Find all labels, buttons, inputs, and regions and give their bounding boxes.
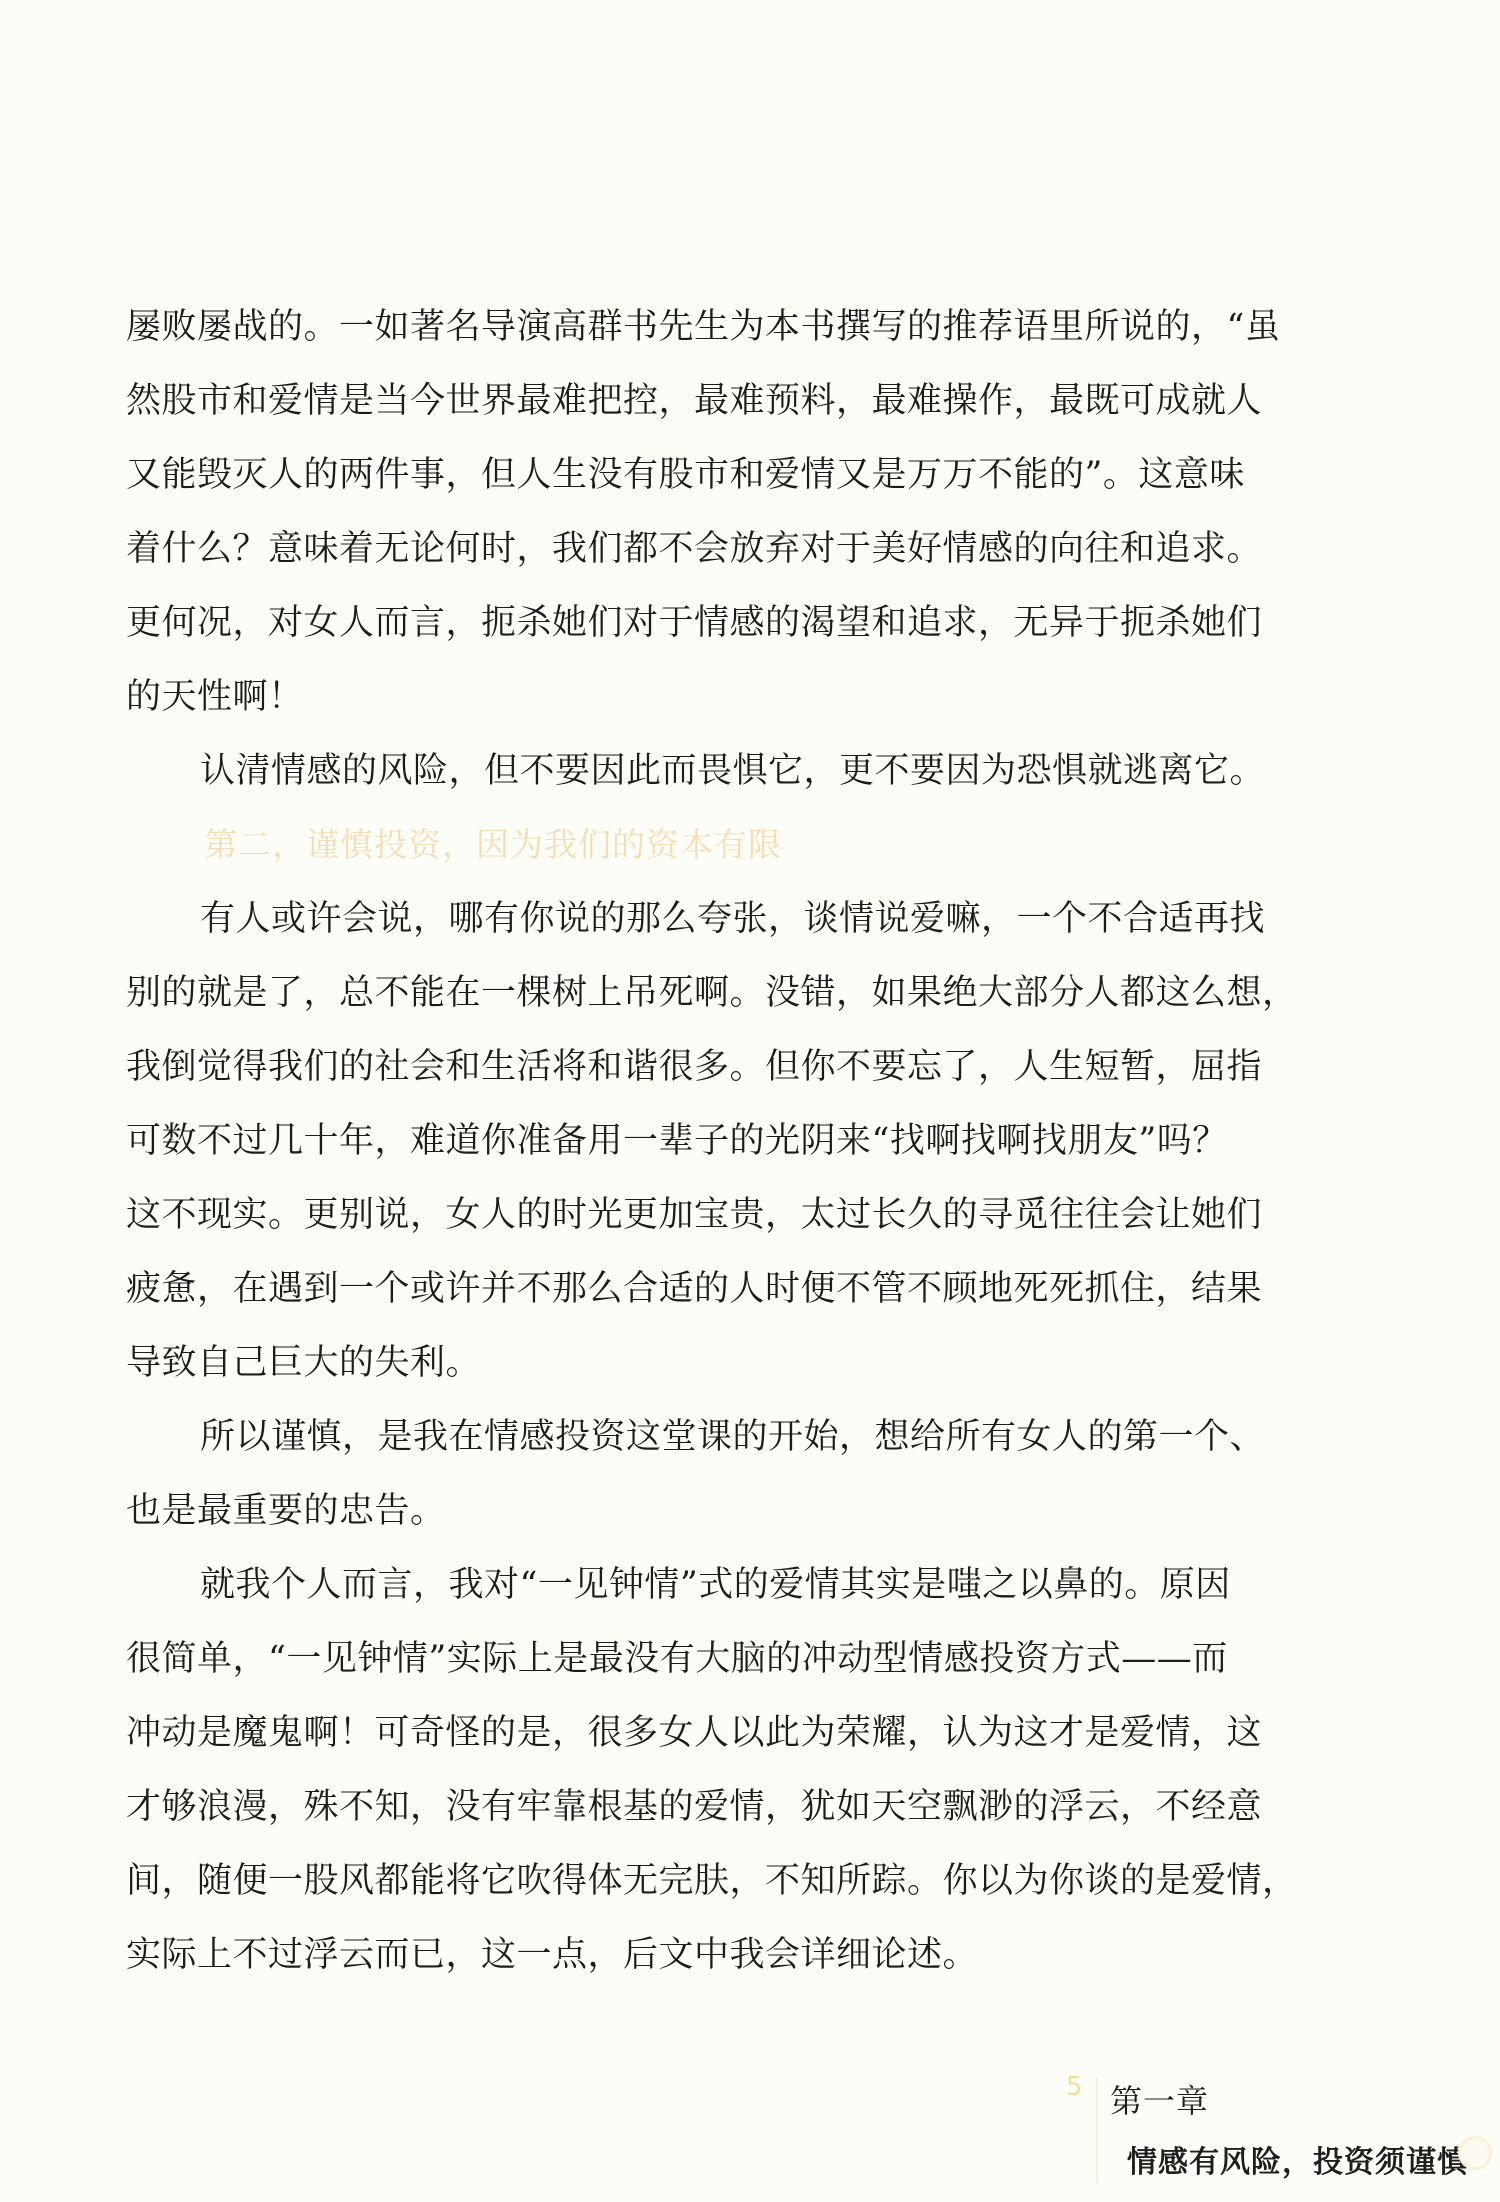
text-line: 可数不过几十年，难道你准备用一辈子的光阴来“找啊找啊找朋友”吗？: [126, 1104, 1236, 1178]
text-line: 冲动是魔鬼啊！可奇怪的是，很多女人以此为荣耀，认为这才是爱情，这: [126, 1696, 1236, 1770]
chapter-label: 第一章: [1110, 2076, 1209, 2122]
page-number: 5: [1066, 2072, 1083, 2102]
text-line: 着什么？意味着无论何时，我们都不会放弃对于美好情感的向往和追求。: [126, 512, 1236, 586]
footer-divider: [1096, 2078, 1098, 2183]
text-line: 所以谨慎，是我在情感投资这堂课的开始，想给所有女人的第一个、: [126, 1400, 1236, 1474]
circle-ornament-icon: [1458, 2136, 1492, 2170]
text-line: 然股市和爱情是当今世界最难把控，最难预料，最难操作，最既可成就人: [126, 364, 1236, 438]
text-line: 疲惫，在遇到一个或许并不那么合适的人时便不管不顾地死死抓住，结果: [126, 1252, 1236, 1326]
text-line: 更何况，对女人而言，扼杀她们对于情感的渴望和追求，无异于扼杀她们: [126, 586, 1236, 660]
text-line: 才够浪漫，殊不知，没有牢靠根基的爱情，犹如天空飘渺的浮云，不经意: [126, 1770, 1236, 1844]
text-line: 实际上不过浮云而已，这一点，后文中我会详细论述。: [126, 1918, 1236, 1992]
text-line: 就我个人而言，我对“一见钟情”式的爱情其实是嗤之以鼻的。原因: [126, 1548, 1236, 1622]
body-text: 屡败屡战的。一如著名导演高群书先生为本书撰写的推荐语里所说的，“虽 然股市和爱情…: [126, 290, 1236, 1992]
text-line: 这不现实。更别说，女人的时光更加宝贵，太过长久的寻觅往往会让她们: [126, 1178, 1236, 1252]
text-line: 别的就是了，总不能在一棵树上吊死啊。没错，如果绝大部分人都这么想，: [126, 956, 1236, 1030]
text-line: 的天性啊！: [126, 660, 1236, 734]
chapter-title: 情感有风险，投资须谨慎: [1127, 2137, 1468, 2181]
text-line: 认清情感的风险，但不要因此而畏惧它，更不要因为恐惧就逃离它。: [126, 734, 1236, 808]
text-line: 导致自己巨大的失利。: [126, 1326, 1236, 1400]
text-line: 很简单，“一见钟情”实际上是最没有大脑的冲动型情感投资方式——而: [126, 1622, 1236, 1696]
book-page: 屡败屡战的。一如著名导演高群书先生为本书撰写的推荐语里所说的，“虽 然股市和爱情…: [0, 0, 1500, 2202]
text-line: 屡败屡战的。一如著名导演高群书先生为本书撰写的推荐语里所说的，“虽: [126, 290, 1236, 364]
text-line: 也是最重要的忠告。: [126, 1474, 1236, 1548]
text-line: 我倒觉得我们的社会和生活将和谐很多。但你不要忘了，人生短暂，屈指: [126, 1030, 1236, 1104]
section-heading: 第二，谨慎投资，因为我们的资本有限: [126, 808, 1236, 882]
text-line: 间，随便一股风都能将它吹得体无完肤，不知所踪。你以为你谈的是爱情，: [126, 1844, 1236, 1918]
text-line: 又能毁灭人的两件事，但人生没有股市和爱情又是万万不能的”。这意味: [126, 438, 1236, 512]
text-line: 有人或许会说，哪有你说的那么夸张，谈情说爱嘛，一个不合适再找: [126, 882, 1236, 956]
